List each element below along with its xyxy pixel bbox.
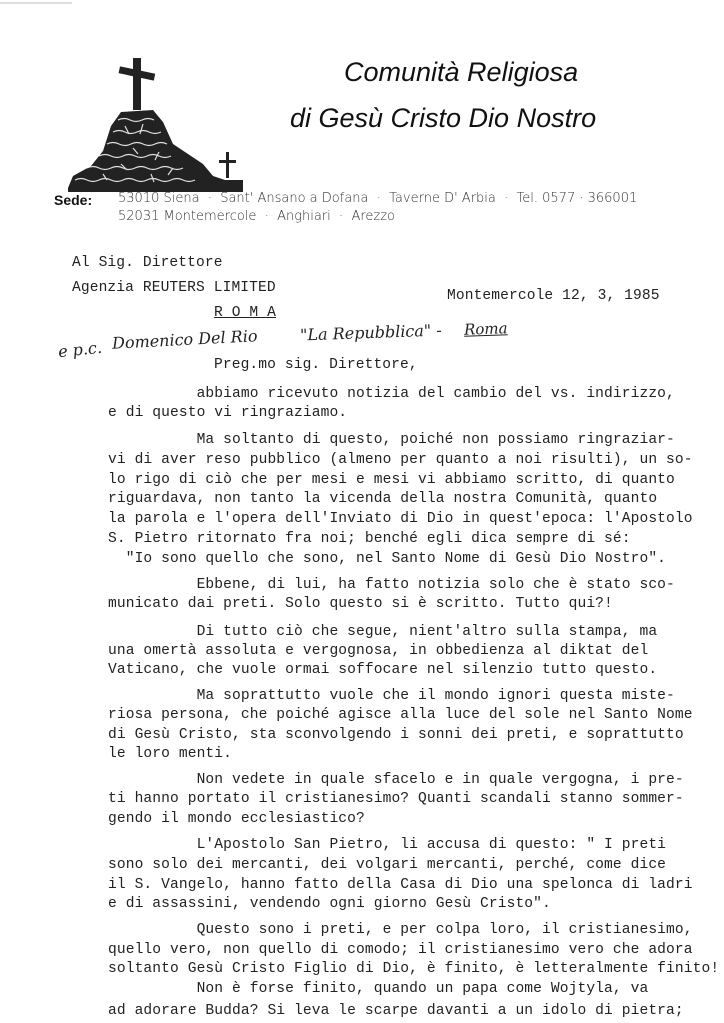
cross-on-hill-icon (63, 56, 248, 196)
body-line: le loro menti. (108, 746, 232, 762)
body-line: una omertà assoluta e vergognosa, in obb… (108, 643, 648, 659)
body-line: riosa persona, che poiché agisce alla lu… (108, 707, 693, 723)
body-line: Questo sono i preti, e per colpa loro, i… (108, 922, 693, 938)
body-line: Ebbene, di lui, ha fatto notizia solo ch… (108, 577, 675, 593)
body-line: Di tutto ciò che segue, nient'altro sull… (108, 624, 657, 640)
address-line-2: 52031 Montemercole · Anghiari · Arezzo (118, 209, 395, 224)
body-line: riguardava, non tanto la vicenda della n… (108, 491, 657, 507)
body-line: di Gesù Cristo, sta sconvolgendo i sonni… (108, 727, 684, 743)
body-line: abbiamo ricevuto notizia del cambio del … (108, 386, 675, 402)
organization-name-line2: di Gesù Cristo Dio Nostro (290, 103, 596, 134)
address-line-1: 53010 Siena · Sant' Ansano a Dofana · Ta… (118, 191, 637, 206)
scan-artifact (0, 2, 72, 4)
body-line: quello vero, non quello di comodo; il cr… (108, 942, 693, 958)
salutation: Preg.mo sig. Direttore, (214, 357, 418, 373)
body-line: gendo il mondo ecclesiastico? (108, 811, 365, 827)
body-line: soltanto Gesù Cristo Figlio di Dio, è fi… (108, 961, 719, 977)
body-line: Non è forse finito, quando un papa come … (108, 981, 648, 997)
sede-label: Sede: (54, 192, 92, 208)
cc-prefix: e p.c. (57, 338, 103, 361)
body-line: lo rigo di ciò che per mesi e mesi vi ab… (108, 472, 675, 488)
recipient-line-1: Al Sig. Direttore (72, 255, 223, 271)
organization-name-line1: Comunità Religiosa (344, 57, 578, 88)
body-line: Non vedete in quale sfacelo e in quale v… (108, 772, 684, 788)
body-line: Ma soltanto di questo, poiché non possia… (108, 432, 675, 448)
letter-date: Montemercole 12, 3, 1985 (447, 288, 660, 304)
body-line: Vaticano, che vuole ormai soffocare nel … (108, 662, 657, 678)
body-line: il S. Vangelo, hanno fatto della Casa di… (108, 877, 693, 893)
body-line: "Io sono quello che sono, nel Santo Nome… (108, 551, 666, 567)
cc-name: Domenico Del Rio (112, 326, 258, 353)
recipient-line-2: Agenzia REUTERS LIMITED (72, 280, 276, 296)
body-line: ti hanno portato il cristianesimo? Quant… (108, 791, 684, 807)
logo (55, 38, 240, 178)
body-line: vi di aver reso pubblico (almeno per qua… (108, 452, 693, 468)
body-line: S. Pietro ritornato fra noi; benché egli… (108, 531, 631, 547)
body-line: ad adorare Budda? Si leva le scarpe dava… (108, 1003, 684, 1019)
cc-paper: "La Repubblica" - (300, 321, 442, 345)
body-line: Ma soprattutto vuole che il mondo ignori… (108, 688, 675, 704)
body-line: L'Apostolo San Pietro, li accusa di ques… (108, 837, 666, 853)
recipient-city: R O M A (214, 305, 276, 321)
body-line: sono solo dei mercanti, dei volgari merc… (108, 857, 666, 873)
body-line: la parola e l'opera dell'Inviato di Dio … (108, 511, 693, 527)
cc-city: Roma (464, 319, 508, 339)
body-line: municato dai preti. Solo questo si è scr… (108, 596, 613, 612)
body-line: e di assassini, vendendo ogni giorno Ges… (108, 896, 551, 912)
body-line: e di questo vi ringraziamo. (108, 405, 347, 421)
